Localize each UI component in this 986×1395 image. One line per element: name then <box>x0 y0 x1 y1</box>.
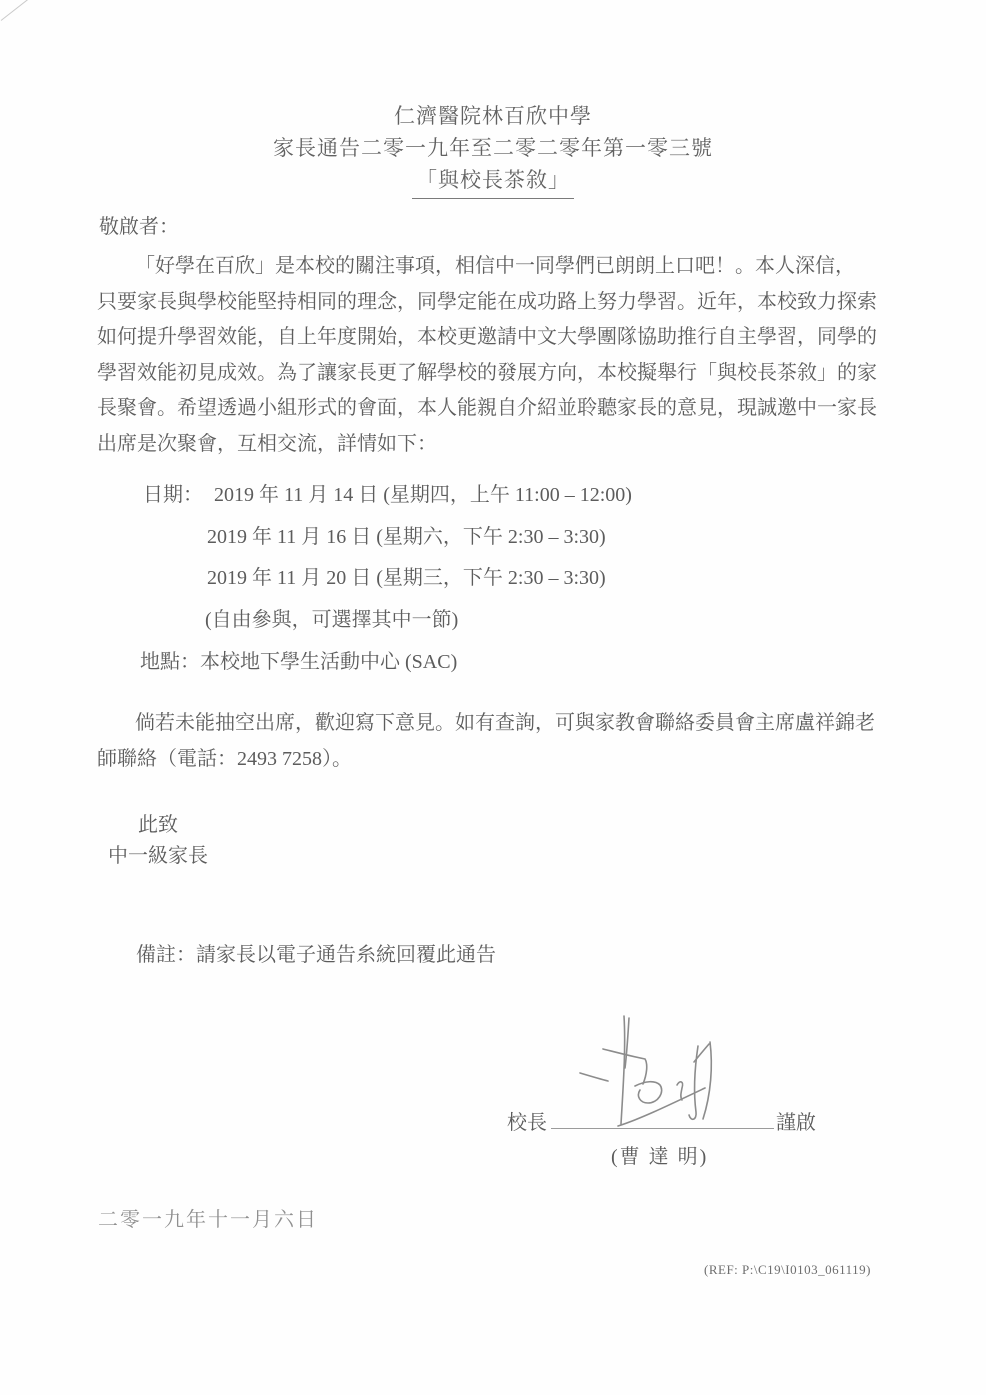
handwritten-signature <box>550 1004 735 1134</box>
paragraph-line: 學習效能初見成效。為了讓家長更了解學校的發展方向，本校擬舉行「與校長茶敘」的家 <box>97 356 897 392</box>
issue-date: 二零一九年十一月六日 <box>98 1203 318 1232</box>
remark: 備註：請家長以電子通告糸統回覆此通告 <box>136 938 496 967</box>
principal-name: (曹 達 明) <box>611 1140 708 1169</box>
principal-label: 校長 <box>507 1106 547 1135</box>
paragraph-line: 「好學在百欣」是本校的關注事項，相信中一同學們已朗朗上口吧！。本人深信， <box>97 249 897 285</box>
school-name: 仁濟醫院林百欣中學 <box>0 100 986 132</box>
paragraph-contact: 倘若未能抽空出席，歡迎寫下意見。如有查詢，可與家教會聯絡委員會主席盧祥錦老 師聯… <box>97 706 897 777</box>
closing: 此致 <box>138 808 178 837</box>
venue: 地點：本校地下學生活動中心 (SAC) <box>140 645 457 674</box>
honorific-label: 謹啟 <box>776 1106 816 1135</box>
paragraph-line: 倘若未能抽空出席，歡迎寫下意見。如有查詢，可與家教會聯絡委員會主席盧祥錦老 <box>97 706 897 742</box>
paragraph-line: 出席是次聚會，互相交流，詳情如下： <box>97 427 897 463</box>
notice-page: 仁濟醫院林百欣中學 家長通告二零一九年至二零二零年第一零三號 「與校長茶敘」 敬… <box>0 0 986 1395</box>
participation-note: (自由參與，可選擇其中一節) <box>205 603 458 632</box>
notice-number: 家長通告二零一九年至二零二零年第一零三號 <box>0 132 986 164</box>
date-label: 日期： <box>143 484 203 506</box>
date-option-2: 2019 年 11 月 16 日 (星期六，下午 2:30 – 3:30) <box>207 520 606 549</box>
date-option-1: 2019 年 11 月 14 日 (星期四，上午 11:00 – 12:00) <box>214 484 632 506</box>
paragraph-line: 師聯絡（電話：2493 7258）。 <box>97 742 897 778</box>
paragraph-line: 長聚會。希望透過小組形式的會面，本人能親自介紹並聆聽家長的意見，現誠邀中一家長 <box>97 391 897 427</box>
notice-header: 仁濟醫院林百欣中學 家長通告二零一九年至二零二零年第一零三號 「與校長茶敘」 <box>0 100 986 199</box>
scan-artifact-line <box>1 0 35 21</box>
reference-code: (REF: P:\C19\I0103_061119) <box>704 1262 871 1278</box>
addressee: 中一級家長 <box>108 839 208 868</box>
salutation: 敬啟者： <box>99 210 179 239</box>
date-row: 日期： 2019 年 11 月 14 日 (星期四，上午 11:00 – 12:… <box>143 478 632 507</box>
paragraph-intro: 「好學在百欣」是本校的關注事項，相信中一同學們已朗朗上口吧！。本人深信， 只要家… <box>97 249 897 462</box>
notice-title: 「與校長茶敘」 <box>412 164 574 199</box>
paragraph-line: 如何提升學習效能，自上年度開始，本校更邀請中文大學團隊協助推行自主學習，同學的 <box>97 320 897 356</box>
paragraph-line: 只要家長與學校能堅持相同的理念，同學定能在成功路上努力學習。近年，本校致力探索 <box>97 285 897 321</box>
date-option-3: 2019 年 11 月 20 日 (星期三，下午 2:30 – 3:30) <box>207 561 606 590</box>
